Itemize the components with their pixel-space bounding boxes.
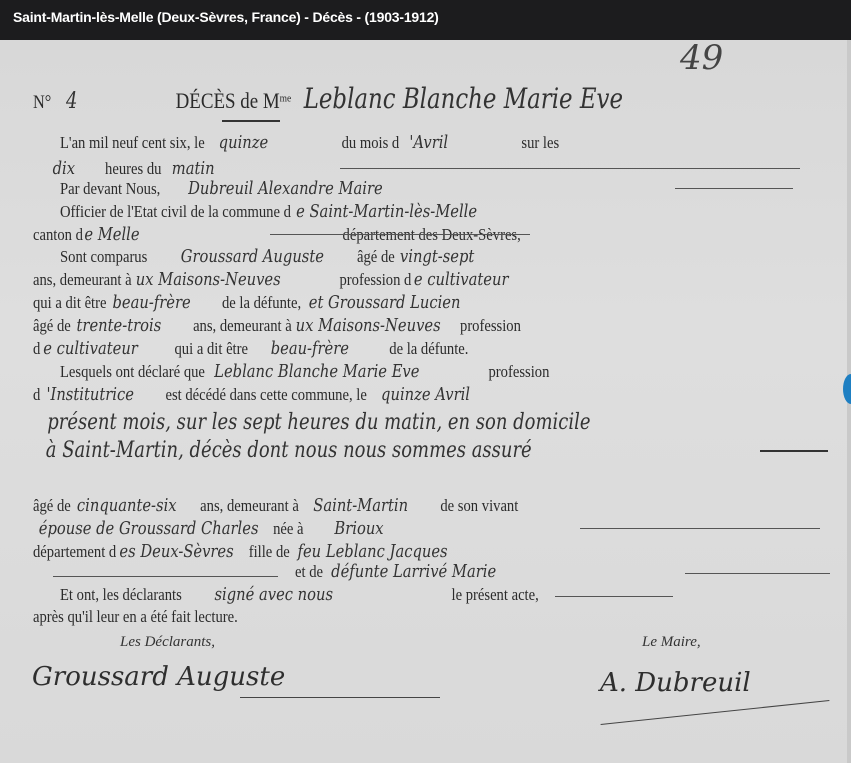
printed-text: ans, demeurant à	[193, 316, 292, 335]
fill-rule	[580, 528, 820, 529]
printed-text: profession d	[339, 270, 411, 289]
handwritten-relation: beau-frère	[112, 292, 190, 313]
printed-text: profession	[460, 316, 521, 335]
printed-text: département d	[33, 542, 116, 561]
printed-text: heures du	[105, 159, 161, 178]
printed-text: ans, demeurant à	[200, 496, 299, 515]
printed-text: fille de	[249, 542, 290, 561]
line-7: ans, demeurant àux Maisons-Neuves profes…	[33, 269, 511, 290]
printed-text: Officier de l'Etat civil de la commune d	[60, 202, 291, 221]
line-18: et de défunte Larrivé Marie	[295, 561, 500, 582]
handwritten-officer: Dubreuil Alexandre Maire	[188, 178, 383, 199]
handwritten-deceased: Leblanc Blanche Marie Eve	[214, 361, 419, 382]
handwritten-day: quinze	[218, 132, 268, 153]
printed-text: qui a dit être	[33, 293, 106, 312]
declarants-signature: Groussard Auguste	[32, 662, 285, 692]
printed-text: de la défunte,	[222, 293, 301, 312]
line-12: d 'Institutrice est décédé dans cette co…	[33, 384, 473, 405]
deceased-name: Leblanc Blanche Marie Eve	[303, 82, 622, 115]
line-13: présent mois, sur les sept heures du mat…	[33, 410, 605, 435]
handwritten-canton: e Melle	[84, 224, 139, 245]
handwritten-age: trente-trois	[77, 315, 162, 336]
title-bar: Saint-Martin-lès-Melle (Deux-Sèvres, Fra…	[0, 0, 851, 40]
fill-rule	[675, 188, 793, 189]
line-14: à Saint-Martin, décès dont nous nous som…	[33, 438, 544, 463]
printed-text: âgé de	[33, 316, 71, 335]
handwritten-residence: ux Maisons-Neuves	[296, 315, 441, 336]
handwritten-hour: dix	[53, 158, 75, 179]
handwritten-time: matin	[171, 158, 214, 179]
handwritten-declarant-1: Groussard Auguste	[181, 246, 324, 267]
printed-text: d	[33, 385, 40, 404]
printed-text: le présent acte,	[452, 585, 539, 604]
handwritten-birthplace: Brioux	[334, 518, 383, 539]
fill-rule	[340, 168, 800, 169]
printed-text: née à	[273, 519, 303, 538]
handwritten-relation: beau-frère	[271, 338, 349, 359]
fill-rule	[270, 234, 530, 235]
line-11: Lesquels ont déclaré que Leblanc Blanche…	[60, 361, 549, 382]
handwritten-circumstances: présent mois, sur les sept heures du mat…	[47, 410, 590, 435]
mayor-label: Le Maire,	[642, 634, 701, 651]
printed-text: après qu'il leur en a été fait lecture.	[33, 607, 238, 626]
printed-text: canton d	[33, 225, 83, 244]
title-prefix: DÉCÈS de M	[176, 88, 280, 113]
line-6: Sont comparus Groussard Auguste âgé de v…	[60, 246, 477, 267]
printed-text: et de	[295, 562, 323, 581]
printed-text: du mois d	[342, 133, 400, 152]
line-10: de cultivateur qui a dit être beau-frère…	[33, 338, 468, 359]
handwritten-profession: e cultivateur	[414, 269, 509, 290]
handwritten-declarant-2: et Groussard Lucien	[309, 292, 461, 313]
handwritten-mother: défunte Larrivé Marie	[331, 561, 496, 582]
number-label: N°	[33, 92, 51, 113]
printed-text: est décédé dans cette commune, le	[165, 385, 366, 404]
printed-text: qui a dit être	[174, 339, 247, 358]
fill-rule	[53, 576, 278, 577]
line-1: L'an mil neuf cent six, le quinze du moi…	[60, 132, 559, 153]
handwritten-residence: ux Maisons-Neuves	[135, 269, 280, 290]
number-value: 4	[66, 89, 77, 114]
line-3: Par devant Nous, Dubreuil Alexandre Mair…	[60, 178, 388, 199]
declarants-label: Les Déclarants,	[120, 634, 215, 651]
handwritten-spouse: épouse de Groussard Charles	[39, 518, 259, 539]
printed-text: d	[33, 339, 40, 358]
printed-text: âgé de	[357, 247, 395, 266]
printed-text: Et ont, les déclarants	[60, 585, 182, 604]
line-17: département des Deux-Sèvres fille de feu…	[33, 541, 451, 562]
printed-text: Sont comparus	[60, 247, 147, 266]
handwritten-signed: signé avec nous	[214, 584, 333, 605]
printed-text: Par devant Nous,	[60, 179, 160, 198]
printed-text: profession	[488, 362, 549, 381]
line-20: après qu'il leur en a été fait lecture.	[33, 607, 238, 627]
printed-text: de son vivant	[440, 496, 518, 515]
printed-text: de la défunte.	[389, 339, 468, 358]
handwritten-date: quinze Avril	[381, 384, 470, 405]
fill-rule	[555, 596, 673, 597]
handwritten-circumstances: à Saint-Martin, décès dont nous nous som…	[46, 438, 532, 463]
line-8: qui a dit être beau-frère de la défunte,…	[33, 292, 464, 313]
printed-text: L'an mil neuf cent six, le	[60, 133, 205, 152]
printed-text: Lesquels ont déclaré que	[60, 362, 205, 381]
title-underline	[222, 120, 280, 122]
printed-text: âgé de	[33, 496, 71, 515]
title-superscript: me	[280, 92, 292, 104]
window-title: Saint-Martin-lès-Melle (Deux-Sèvres, Fra…	[13, 9, 439, 25]
handwritten-profession: e cultivateur	[43, 338, 138, 359]
handwritten-department: es Deux-Sèvres	[119, 541, 233, 562]
handwritten-age: cinquante-six	[77, 495, 177, 516]
handwritten-commune: e Saint-Martin-lès-Melle	[296, 201, 477, 222]
handwritten-profession: 'Institutrice	[46, 384, 133, 405]
printed-text: sur les	[521, 133, 559, 152]
line-9: âgé de trente-trois ans, demeurant àux M…	[33, 315, 521, 336]
printed-text: ans, demeurant à	[33, 270, 132, 289]
record-header: N° 4 DÉCÈS de Mme Leblanc Blanche Marie …	[33, 82, 631, 115]
handwritten-month: 'Avril	[409, 132, 448, 153]
line-2: dix heures du matin	[52, 158, 215, 179]
handwritten-father: feu Leblanc Jacques	[297, 541, 447, 562]
handwritten-residence: Saint-Martin	[314, 495, 409, 516]
fill-rule	[685, 573, 830, 574]
line-16: épouse de Groussard Charles née à Brioux	[33, 518, 385, 539]
fill-rule	[760, 450, 828, 452]
mayor-signature: A. Dubreuil	[600, 668, 751, 698]
page-mark: 49	[680, 38, 723, 78]
line-19: Et ont, les déclarants signé avec nous l…	[60, 584, 539, 605]
handwritten-age: vingt-sept	[400, 246, 474, 267]
line-4: Officier de l'Etat civil de la commune d…	[60, 201, 481, 222]
line-15: âgé de cinquante-six ans, demeurant à Sa…	[33, 495, 518, 516]
signature-flourish	[240, 697, 440, 698]
